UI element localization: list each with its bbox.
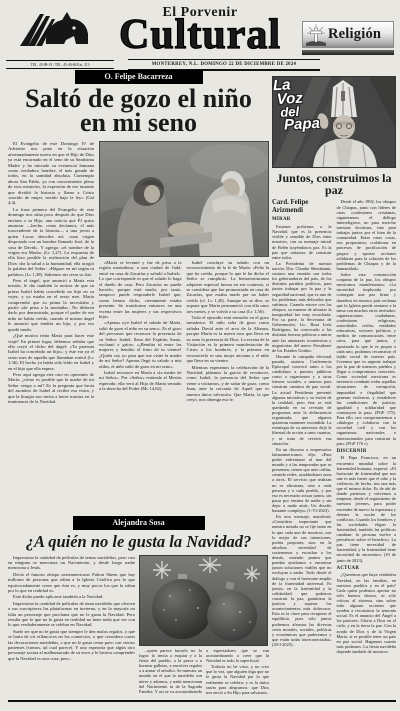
section-heading-discernir: DISCERNIR: [337, 449, 397, 455]
ornaments-image: [139, 555, 268, 646]
overlay-papa: Papa: [284, 116, 321, 132]
section-heading-mirar: MIRAR: [272, 217, 332, 223]
religion-badge-label: Religión: [328, 26, 381, 43]
phone-line: TEL. 45-98-19 / TEL. 45-40-86 Ext. 213: [6, 60, 114, 69]
newspaper-page: El Porvenir Cultural Religión TEL. 45-98…: [0, 0, 400, 711]
pope-byline: Card. Felipe Arizmendi: [272, 199, 332, 214]
navidad-col-1: Impresiona la cantidad de películas de t…: [8, 555, 135, 698]
main-col-1: El Evangelio de este Domingo IV de Advie…: [8, 141, 94, 513]
bottom-rule: [8, 700, 396, 702]
pope-body-columns: Card. Felipe Arizmendi MIRAR Estamos pró…: [272, 199, 396, 699]
cross-icon: [306, 23, 326, 46]
section-heading-actuar: ACTUAR: [337, 566, 397, 572]
main-col-2-3: «María se levantó y fue de prisa a la re…: [99, 260, 269, 513]
byline-banner-sosa: Alejandra Sosa: [73, 516, 205, 530]
pope-image: La Voz del Papa: [272, 76, 396, 168]
article-main: O. Felipe Bacarreza Saltó de gozo el niñ…: [8, 70, 269, 513]
navidad-below-columns: ...quien parece hacerlo no lo logra: lo …: [139, 648, 269, 698]
main-headline-line2: en mi seno: [80, 108, 197, 137]
religion-badge: Religión: [302, 21, 394, 48]
la-voz-del-papa-overlay: La Voz del Papa: [273, 77, 321, 133]
badge-underline-bar: [302, 50, 394, 55]
navidad-headline: ¿A quién no le gusta la Navidad?: [8, 532, 269, 552]
section-navidad: Alejandra Sosa ¿A quién no le gusta la N…: [8, 516, 269, 698]
section-discernir-text: El Papa Francisco, en un encuentro mundi…: [337, 455, 397, 562]
main-headline: Saltó de gozo el niño en mi seno: [8, 87, 269, 136]
visitation-image: [99, 141, 269, 257]
section-actuar-text: ¿Queremos que haya verdadera Navidad, en…: [337, 572, 397, 654]
pope-headline: Juntos, construimos la paz: [272, 172, 396, 196]
byline-banner-bacarreza: O. Felipe Bacarreza: [75, 70, 203, 84]
article-pope: La Voz del Papa Juntos, construimos la p…: [272, 76, 396, 704]
